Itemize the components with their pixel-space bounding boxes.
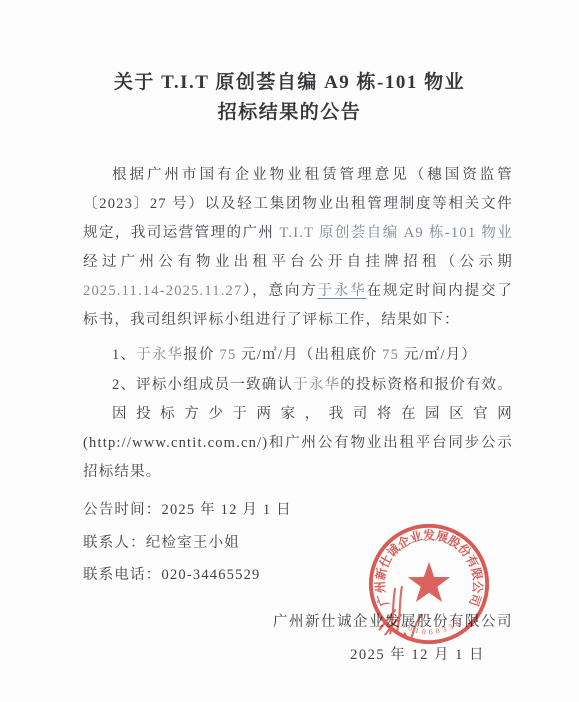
document-title-line2: 招标结果的公告 (0, 99, 579, 127)
bidder-name: 于永华 (293, 377, 340, 393)
public-notice-period: 2025.11.14-2025.11.27 (83, 283, 242, 299)
text-segment: 元/㎡/月） (399, 347, 477, 363)
text-segment: 经过广州公有物业出租平台公开自挂牌招租（公示期 (83, 254, 513, 270)
text-segment: 的投标资格和报价有效。 (340, 377, 513, 393)
signature-company: 广州新仕诚企业发展股份有限公司 (83, 606, 513, 639)
paragraph-publicity: 因投标方少于两家，我司将在园区官网(http://www.cntit.com.c… (83, 400, 513, 487)
bidder-name: 于永华 (136, 347, 183, 363)
result-list: 1、于永华报价 75 元/㎡/月（出租底价 75 元/㎡/月） 2、评标小组成员… (83, 340, 513, 400)
announce-time: 公告时间：2025 年 12 月 1 日 (83, 494, 513, 527)
document-title-line1: 关于 T.I.T 原创荟自编 A9 栋-101 物业 (0, 0, 579, 97)
text-segment: 1、 (112, 347, 136, 363)
document-page: 关于 T.I.T 原创荟自编 A9 栋-101 物业 招标结果的公告 根据广州市… (0, 0, 579, 702)
contact-person: 联系人：纪检室王小姐 (83, 527, 513, 560)
website-url: http://www.cntit.com.cn/ (89, 435, 262, 451)
result-item-1: 1、于永华报价 75 元/㎡/月（出租底价 75 元/㎡/月） (83, 340, 513, 370)
bid-price: 75 (220, 347, 237, 363)
signature-date: 2025 年 12 月 1 日 (83, 639, 513, 672)
document-body: 根据广州市国有企业物业租赁管理意见（穗国资监管〔2023〕27 号）以及轻工集团… (83, 161, 513, 672)
text-segment: 报价 (183, 347, 219, 363)
signature-block: 广州新仕诚企业发展股份有限公司 2025 年 12 月 1 日 (83, 606, 513, 672)
paragraph-intro: 根据广州市国有企业物业租赁管理意见（穗国资监管〔2023〕27 号）以及轻工集团… (83, 161, 513, 335)
text-segment: ），意向方 (242, 283, 317, 299)
text-segment: 元/㎡/月（出租底价 (236, 347, 382, 363)
bidder-name: 于永华 (318, 283, 367, 299)
floor-price: 75 (382, 347, 399, 363)
text-segment: 2、评标小组成员一致确认 (112, 377, 293, 393)
property-name: T.I.T 原创荟自编 A9 栋-101 物业 (279, 225, 513, 241)
contact-phone: 联系电话：020-34465529 (83, 559, 513, 592)
meta-block: 公告时间：2025 年 12 月 1 日 联系人：纪检室王小姐 联系电话：020… (83, 494, 513, 592)
result-item-2: 2、评标小组成员一致确认于永华的投标资格和报价有效。 (83, 370, 513, 400)
